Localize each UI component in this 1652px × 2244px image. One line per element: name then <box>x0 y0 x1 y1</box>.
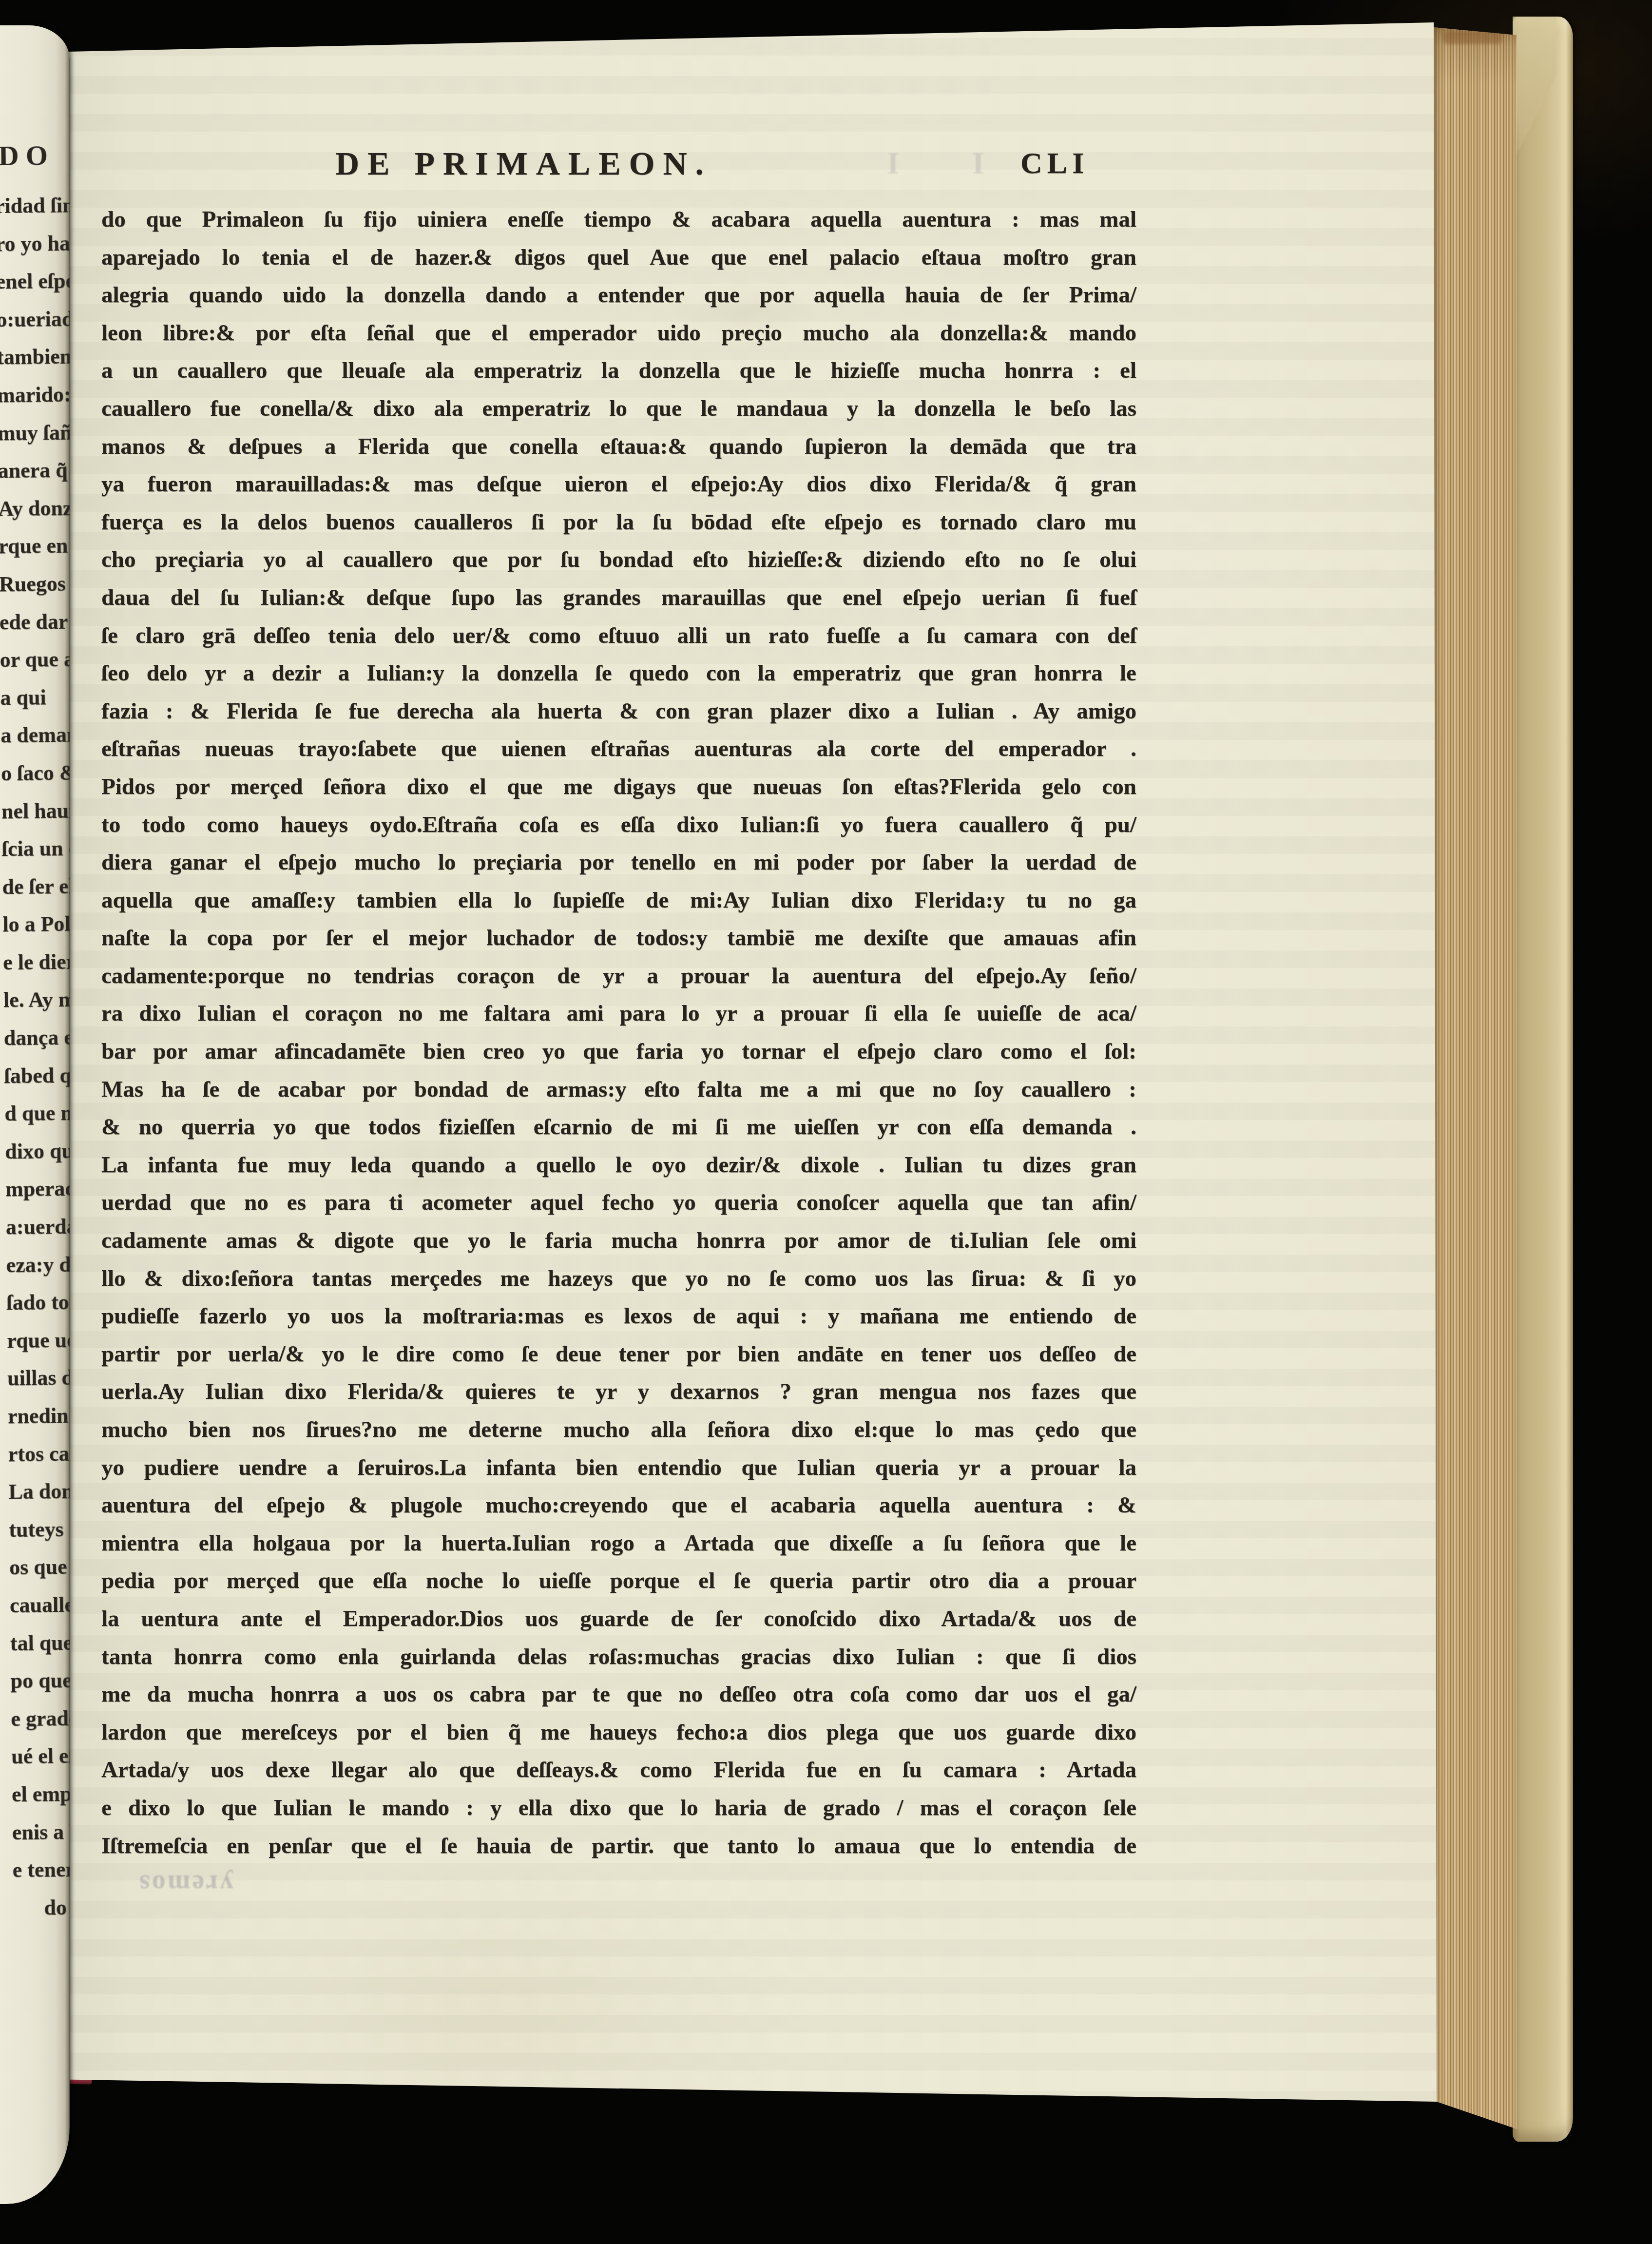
text-fragment: le. Ay mi ſeño <box>3 980 70 1019</box>
text-line: cauallero fue conella/& dixo ala emperat… <box>101 390 1136 428</box>
text-line: fuerça es la delos buenos caualleros ſi … <box>101 503 1136 542</box>
text-fragment: ede dar cima ca <box>0 601 70 641</box>
text-fragment: Ruegos que nos <box>0 564 70 603</box>
text-line: aquella que amaſſe:y tambien ella lo ſup… <box>101 882 1136 920</box>
text-line: aparejado lo tenia el de hazer.& digos q… <box>101 239 1136 277</box>
text-line: llo & dixo:ſeñora tantas merçedes me haz… <box>101 1260 1136 1298</box>
text-line: Pidos por merçed ſeñora dixo el que me d… <box>101 768 1136 806</box>
text-fragment: o ſaco & diolo al <box>1 753 70 793</box>
text-fragment: La donzella fu <box>8 1471 70 1511</box>
text-fragment: dixo que hauia <box>5 1131 70 1171</box>
text-line: cadamente amas & digote que yo le faria … <box>101 1222 1136 1260</box>
text-line: ra dixo Iulian el coraçon no me faltara … <box>101 995 1136 1033</box>
text-block: do que Primaleon ſu fijo uiniera eneſſe … <box>101 201 1136 1865</box>
text-fragment: ué el eſpejo y <box>11 1736 70 1776</box>
text-fragment: ridad ſino enla <box>0 186 70 225</box>
text-line: mientra ella holgaua por la huerta.Iulia… <box>101 1525 1136 1563</box>
text-line: uerla.Ay Iulian dixo Flerida/& quieres t… <box>101 1373 1136 1411</box>
text-line: manos & deſpues a Flerida que conella eſ… <box>101 428 1136 466</box>
text-fragment: rque uos me lo <box>7 1320 70 1359</box>
text-line: ſeo delo yr a dezir a Iulian:y la donzel… <box>101 655 1136 693</box>
folio-number: CLI <box>1020 146 1089 181</box>
text-line: yo pudiere uendre a ſeruiros.La infanta … <box>101 1449 1136 1487</box>
text-fragment: ro yo hallaſe yo <box>0 223 70 263</box>
text-fragment: ſabed que eſta <box>4 1055 70 1095</box>
text-fragment: ſado tomad <box>6 1282 70 1322</box>
text-line: daua del ſu Iulian:& deſque ſupo las gra… <box>101 579 1136 617</box>
text-line: La infanta fue muy leda quando a quello … <box>101 1146 1136 1184</box>
facing-text-fragments: ridad ſino enlaro yo hallaſe yoenel eſpe… <box>0 186 70 1927</box>
text-line: leon libre:& por eſta ſeñal que el emper… <box>101 314 1136 352</box>
header-show-through: II <box>814 145 984 181</box>
text-line: ya fueron marauilladas:& mas deſque uier… <box>101 465 1136 503</box>
text-line: eſtrañas nueuas trayo:ſabete que uienen … <box>101 730 1136 768</box>
fore-edge-pages <box>1434 27 1517 2129</box>
text-line: alegria quando uido la donzella dando a … <box>101 276 1136 314</box>
text-line: uerdad que no es para ti acometer aquel … <box>101 1184 1136 1222</box>
text-line: Artada/y uos dexe llegar alo que deſſeay… <box>101 1751 1136 1789</box>
text-line: e dixo lo que Iulian le mando : y ella d… <box>101 1789 1136 1827</box>
text-fragment: Ay donzella d <box>0 488 70 528</box>
vellum-cover-edge <box>1513 17 1573 2142</box>
text-fragment: muy ſañudo & <box>0 412 70 452</box>
text-line: to todo como haueys oydo.Eſtraña coſa es… <box>101 806 1136 844</box>
text-fragment: enis a buſcar <box>12 1812 70 1851</box>
text-fragment: a qui <box>0 677 70 716</box>
text-line: cho preçiaria yo al cauallero que por ſu… <box>101 541 1136 579</box>
text-line: & no querria yo que todos fizieſſen eſca… <box>101 1108 1136 1146</box>
text-line: pudieſſe fazerlo yo uos la moſtraria:mas… <box>101 1297 1136 1335</box>
running-title: DE PRIMALEON. <box>335 144 712 183</box>
text-line: diera ganar el eſpejo mucho lo preçiaria… <box>101 844 1136 882</box>
text-line: Mas ha ſe de acabar por bondad de armas:… <box>101 1071 1136 1109</box>
text-fragment: rnedin hijo del <box>7 1396 70 1435</box>
text-line: bar por amar afincadamēte bien creo yo q… <box>101 1033 1136 1071</box>
text-line: ſe claro grā deſſeo tenia delo uer/& com… <box>101 617 1136 655</box>
text-fragment: a demando a un <box>0 715 70 754</box>
text-fragment: tuteys amig <box>9 1509 70 1548</box>
text-fragment: nel hauia piedras <box>1 791 70 830</box>
text-fragment: rque en mi cor <box>0 526 70 565</box>
book-photograph: { "page": { "header": { "title": "DE PRI… <box>0 0 1652 2244</box>
text-fragment: e le dierades cim <box>3 942 70 982</box>
text-line: mucho bien nos ſirues?no me deterne much… <box>101 1411 1136 1449</box>
text-fragment: enel eſpejo por <box>0 261 70 301</box>
text-fragment: uillas del eſpe <box>7 1358 70 1397</box>
text-line: lardon que mereſceys por el bien q̃ me h… <box>101 1714 1136 1752</box>
text-fragment: dança enel:yo <box>3 1018 70 1057</box>
text-line: a un cauallero que lleuaſe ala emperatri… <box>101 352 1136 390</box>
text-fragment: os que por mi <box>9 1547 70 1586</box>
text-fragment: d que me hara <box>4 1093 70 1133</box>
text-line: fazia : & Flerida ſe fue derecha ala hue… <box>101 693 1136 731</box>
text-line: me da mucha honrra a uos os cabra par te… <box>101 1676 1136 1714</box>
show-through-stamp: yremos <box>137 1869 233 1900</box>
text-fragment: de ſer el caualle <box>2 866 70 906</box>
facing-page-sliver: DO ridad ſino enlaro yo hallaſe yoenel e… <box>0 25 70 2204</box>
facing-page-text: DO ridad ſino enlaro yo hallaſe yoenel e… <box>0 25 70 26</box>
text-line: cadamente:porque no tendrias coraçon de … <box>101 957 1136 995</box>
text-fragment: marido:y ſi el <box>0 375 70 414</box>
text-fragment: po que uos <box>10 1661 70 1700</box>
facing-running-title-fragment: DO <box>0 139 55 172</box>
page-header: II DE PRIMALEON. CLI <box>102 144 1136 193</box>
text-line: pedia por merçed que eſſa noche lo uieſſ… <box>101 1562 1136 1600</box>
text-fragment: a:uerdad es eſſ <box>5 1207 70 1246</box>
text-line: auentura del eſpejo & plugole mucho:crey… <box>101 1487 1136 1525</box>
text-fragment: eza:y deſpues <box>6 1244 70 1284</box>
text-line: Iſtremeſcia en penſar que el ſe hauia de… <box>101 1827 1136 1865</box>
text-fragment: do <box>13 1887 70 1927</box>
text-line: do que Primaleon ſu fijo uiniera eneſſe … <box>101 201 1136 239</box>
text-line: tanta honrra como enla guirlanda delas r… <box>101 1638 1136 1676</box>
text-fragment: rtos caualleros <box>8 1433 70 1473</box>
text-fragment: anera q̃ quien <box>0 450 70 490</box>
text-fragment: tal que la auen <box>10 1623 70 1662</box>
text-fragment: e tener ala don <box>12 1850 70 1889</box>
text-line: naſte la copa por ſer el mejor luchador … <box>101 919 1136 957</box>
text-fragment: or que a un que <box>0 639 70 679</box>
text-line: partir por uerla/& yo le dire como ſe de… <box>101 1335 1136 1373</box>
text-fragment: mperador eſcuſ <box>5 1169 70 1208</box>
text-line: la uentura ante el Emperador.Dios uos gu… <box>101 1600 1136 1638</box>
text-fragment: o:ueriadas clar <box>0 299 70 339</box>
text-fragment: ſcia un carbon <box>1 829 70 868</box>
text-fragment: tambien qual <box>0 337 70 376</box>
text-fragment: el emperador <box>12 1774 70 1814</box>
text-fragment: e grado porq <box>11 1698 70 1738</box>
text-fragment: lo a Polendos:& <box>2 904 70 944</box>
text-fragment: caualleros pre <box>10 1585 70 1625</box>
